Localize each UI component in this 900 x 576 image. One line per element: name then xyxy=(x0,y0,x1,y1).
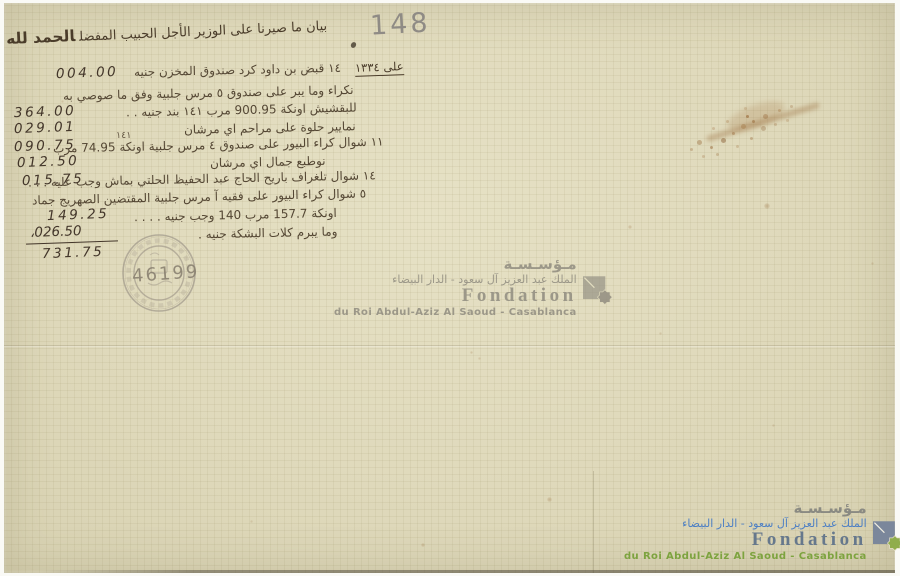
foxing-spot xyxy=(772,424,775,427)
ledger-amount: ،026.50 xyxy=(30,223,82,241)
foxing-spot xyxy=(250,520,253,523)
ledger-line: نكراء وما يبر على صندوق ٥ مرس جلبية وفق … xyxy=(63,83,354,103)
ledger-line: ١١ شوال كراء البيور على صندوق ٤ مرس جلبي… xyxy=(53,135,384,156)
foxing-stain xyxy=(724,95,788,136)
document-page: 148 بيان ما صيرنا على الوزير الأجل الحبي… xyxy=(4,3,895,573)
ledger-line: للبقشيش اونكة 900.95 مرب ١٤١ بند جنيه . … xyxy=(126,101,357,120)
ink-speck xyxy=(350,41,357,49)
watermark-subtitle-french: du Roi Abdul-Aziz Al Saoud - Casablanca xyxy=(624,551,867,564)
foundation-watermark-center: مـؤسـسـة الملك عبد العزيز آل سعود - الدا… xyxy=(334,257,614,325)
ledger-line: اونكة 157.7 مرب 140 وجب جنيه . . . . xyxy=(134,206,337,224)
foxing-spot xyxy=(764,203,770,209)
ledger-line: ٥ شوال كراء البيور على فقيه آ مرس جلبية … xyxy=(32,187,366,208)
pencil-folio-number: 148 xyxy=(369,7,431,41)
ledger-amount: 004.00 xyxy=(56,64,119,82)
watermark-subtitle-arabic: الملك عبد العزيز آل سعود - الدار البيضاء xyxy=(624,517,867,530)
ledger-date: على ١٣٣٤ xyxy=(355,59,404,77)
foundation-logo xyxy=(583,257,614,325)
page-bottom-edge-shadow xyxy=(38,570,895,573)
registry-stamp: 46199 xyxy=(118,231,200,315)
foxing-spot xyxy=(659,332,662,335)
ledger-amount: 029.01 xyxy=(14,119,77,137)
watermark-title-french: Fondation xyxy=(624,530,867,551)
foxing-spot xyxy=(547,497,552,502)
foundation-logo xyxy=(873,501,900,571)
foxing-spot xyxy=(421,543,425,547)
eight-point-star-icon xyxy=(887,536,900,551)
foxing-spot xyxy=(470,351,473,354)
ledger-line: وما يبرم كلات البشكة جنيه . xyxy=(197,225,337,242)
ledger-amount: 012.50 xyxy=(17,153,80,171)
vertical-fold-crease xyxy=(593,471,594,573)
foxing-spot xyxy=(628,225,632,229)
ledger-line: نمايير حلوة على مراحم اي مرشان xyxy=(184,119,356,137)
foxing-spot xyxy=(264,76,267,79)
watermark-title-arabic: مـؤسـسـة xyxy=(624,501,867,517)
foxing-spot xyxy=(871,262,874,265)
watermark-text-block: مـؤسـسـة الملك عبد العزيز آل سعود - الدا… xyxy=(624,501,867,563)
ledger-amount: 149.25 xyxy=(47,206,110,224)
handwritten-header: بيان ما صيرنا على الوزير الأجل الحبيب ال… xyxy=(6,16,328,48)
header-text: بيان ما صيرنا على الوزير الأجل الحبيب ال… xyxy=(79,19,328,45)
ledger-line: نوطبع جمال اي مرشان xyxy=(210,154,326,170)
horizontal-fold-crease xyxy=(4,345,895,346)
watermark-text-block: مـؤسـسـة الملك عبد العزيز آل سعود - الدا… xyxy=(334,257,577,319)
ledger-total: 731.75 xyxy=(42,244,105,262)
foundation-watermark-bottom: مـؤسـسـة الملك عبد العزيز آل سعود - الدا… xyxy=(624,501,900,571)
ledger-amount: 015.75 xyxy=(22,171,85,189)
foxing-spot xyxy=(478,357,481,360)
foxing-spot-cluster xyxy=(746,115,749,118)
foxing-spot xyxy=(109,33,112,36)
eight-point-star-icon xyxy=(597,290,612,305)
header-lead-mark: الحمد لله xyxy=(6,27,76,48)
ledger-sum-line xyxy=(26,240,118,244)
ledger-line: ١٤ قبض بن داود كرد صندوق المخزن جنيه xyxy=(134,61,341,79)
watermark-subtitle-french: du Roi Abdul-Aziz Al Saoud - Casablanca xyxy=(334,307,577,320)
foxing-spot xyxy=(61,100,64,103)
watermark-title-french: Fondation xyxy=(334,286,577,307)
watermark-title-arabic: مـؤسـسـة xyxy=(334,257,577,273)
watermark-subtitle-arabic: الملك عبد العزيز آل سعود - الدار البيضاء xyxy=(334,273,577,286)
